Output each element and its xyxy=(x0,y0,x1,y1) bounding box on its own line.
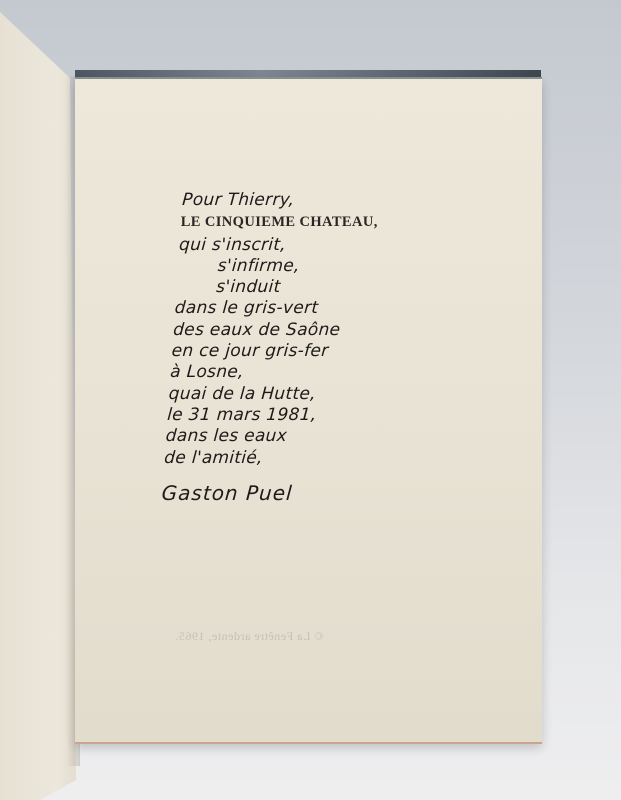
show-through-copyright: © La Fenêtre ardente, 1965. xyxy=(175,629,324,644)
dedication-line: des eaux de Saône xyxy=(172,320,473,341)
dedication-line: en ce jour gris-fer xyxy=(171,341,472,362)
author-signature: Gaston Puel xyxy=(161,483,462,504)
dedication-line: le 31 mars 1981, xyxy=(166,405,467,426)
dedication-line: qui s'inscrit, xyxy=(178,235,479,256)
page-bottom-edge xyxy=(75,742,542,744)
dedication-line: dans les eaux xyxy=(165,426,466,447)
dedication-line: dans le gris-vert xyxy=(174,298,475,319)
right-page: Pour Thierry, LE CINQUIEME CHATEAU, qui … xyxy=(75,77,542,742)
title-text: LE CINQUIEME CHATEAU xyxy=(181,214,374,230)
dedication-line: s'infirme, xyxy=(177,256,478,277)
dedication-line: s'induit xyxy=(175,277,476,298)
printed-book-title: LE CINQUIEME CHATEAU, xyxy=(181,212,481,233)
dedication-line: à Losne, xyxy=(169,362,470,383)
dedication-line: de l'amitié, xyxy=(163,448,464,469)
title-comma: , xyxy=(374,214,378,230)
page-top-edge xyxy=(75,77,542,79)
dedication-line: Pour Thierry, xyxy=(181,190,482,211)
dedication-line: quai de la Hutte, xyxy=(168,384,469,405)
handwritten-dedication: Pour Thierry, LE CINQUIEME CHATEAU, qui … xyxy=(161,190,483,504)
